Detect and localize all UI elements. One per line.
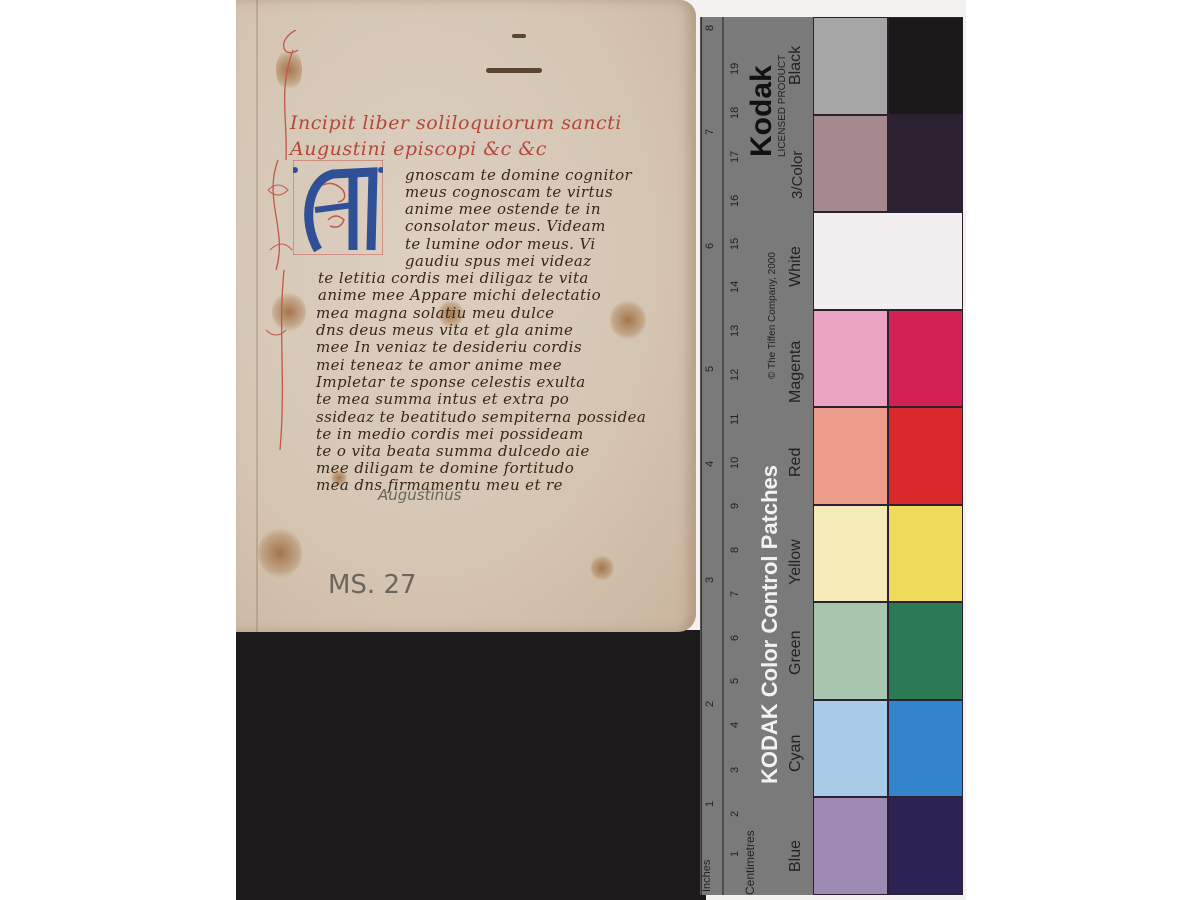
text-line: anime mee Appare michi delectatio — [318, 286, 601, 304]
patch-label-white: White — [787, 246, 805, 287]
patch-label-red: Red — [787, 448, 805, 477]
text-line: ssideaz te beatitudo sempiterna possidea — [316, 408, 646, 426]
kodak-title: KODAK Color Control Patches — [757, 465, 783, 784]
patch-black-light — [813, 17, 888, 115]
patch-label-blue: Blue — [787, 840, 805, 872]
patch-blue-light — [813, 797, 888, 895]
kodak-ruler-strip: Inches Centimetres KODAK Color Control P… — [700, 17, 814, 895]
illuminated-initial-icon — [293, 160, 383, 255]
patch-blue-dark — [888, 797, 963, 895]
text-line: dns deus meus vita et gla anime — [316, 321, 573, 339]
shelfmark: MS. 27 — [328, 570, 417, 600]
text-line: te lumine odor meus. Vi — [405, 235, 596, 253]
text-line: mee diligam te domine fortitudo — [316, 459, 574, 477]
patch-green-light — [813, 602, 888, 700]
dark-backdrop — [236, 630, 706, 900]
rubric-line: Incipit liber soliloquiorum sancti — [290, 112, 622, 134]
text-line: te mea summa intus et extra po — [316, 390, 569, 408]
page-tear — [486, 68, 542, 73]
text-line: mee In veniaz te desideriu cordis — [316, 338, 582, 356]
copyright-label: © The Tiffen Company, 2000 — [767, 252, 778, 379]
patch-label-green: Green — [787, 631, 805, 675]
patch-3color-light — [813, 115, 888, 212]
patch-black-dark — [888, 17, 963, 115]
stain — [258, 528, 302, 578]
patch-3color-dark — [888, 115, 963, 212]
text-line: te letitia cordis mei diligaz te vita — [318, 269, 589, 287]
page-tear — [512, 34, 526, 38]
rubric-line: Augustini episcopi &c &c — [290, 138, 547, 160]
text-line: mea magna solatiu meu dulce — [316, 304, 554, 322]
patch-magenta-dark — [888, 310, 963, 407]
patch-green-dark — [888, 602, 963, 700]
text-line: gnoscam te domine cognitor — [405, 166, 632, 184]
color-patches — [813, 17, 963, 895]
model-label: 3/Color — [789, 151, 806, 199]
patch-magenta-light — [813, 310, 888, 407]
patch-cyan-light — [813, 700, 888, 797]
stain — [590, 556, 614, 580]
stain — [610, 300, 646, 340]
text-line: te in medio cordis mei possideam — [316, 425, 584, 443]
patch-label-yellow: Yellow — [787, 539, 805, 585]
text-line: mei teneaz te amor anime mee — [316, 356, 562, 374]
ruler-ticks-icon — [701, 17, 746, 895]
text-line: consolator meus. Videam — [405, 217, 606, 235]
patch-white — [813, 212, 963, 310]
patch-red-dark — [888, 407, 963, 505]
text-line: Impletar te sponse celestis exulta — [316, 373, 586, 391]
pencil-annotation-name: Augustinus — [378, 486, 462, 504]
patch-yellow-light — [813, 505, 888, 602]
kodak-logo: Kodak — [745, 65, 779, 157]
patch-label-magenta: Magenta — [787, 341, 805, 403]
text-line: anime mee ostende te in — [405, 200, 601, 218]
patch-red-light — [813, 407, 888, 505]
patch-yellow-dark — [888, 505, 963, 602]
patch-label-cyan: Cyan — [787, 735, 805, 772]
text-line: gaudiu spus mei videaz — [405, 252, 592, 270]
patch-label-black: Black — [787, 46, 805, 85]
patch-cyan-dark — [888, 700, 963, 797]
text-line: te o vita beata summa dulcedo aie — [316, 442, 590, 460]
text-line: meus cognoscam te virtus — [405, 183, 613, 201]
